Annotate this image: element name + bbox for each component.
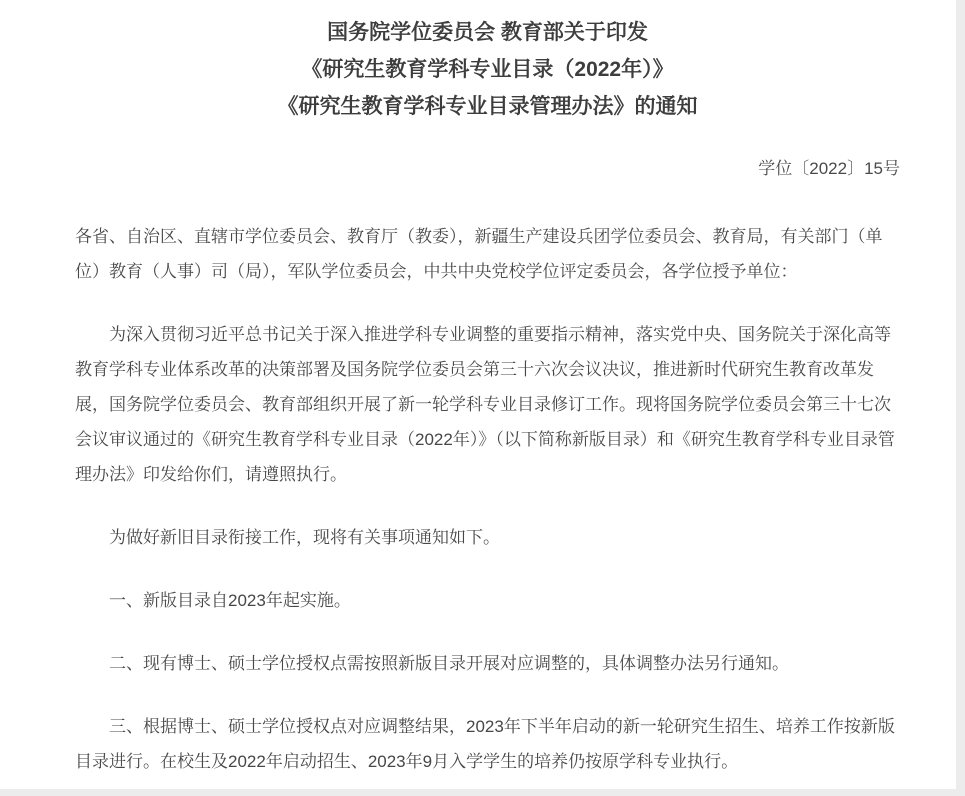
document-title: 国务院学位委员会 教育部关于印发 《研究生教育学科专业目录（2022年）》 《研… (75, 14, 900, 125)
document-body: 各省、自治区、直辖市学位委员会、教育厅（教委），新疆生产建设兵团学位委员会、教育… (75, 219, 900, 779)
title-line-1: 国务院学位委员会 教育部关于印发 (75, 14, 900, 51)
paragraph: 三、根据博士、硕士学位授权点对应调整结果，2023年下半年启动的新一轮研究生招生… (75, 709, 900, 779)
paragraph: 为深入贯彻习近平总书记关于深入推进学科专业调整的重要指示精神，落实党中央、国务院… (75, 317, 900, 492)
document-number: 学位〔2022〕15号 (75, 157, 900, 181)
title-line-2: 《研究生教育学科专业目录（2022年）》 (75, 51, 900, 88)
browser-viewport: 国务院学位委员会 教育部关于印发 《研究生教育学科专业目录（2022年）》 《研… (0, 0, 965, 796)
paragraph: 各省、自治区、直辖市学位委员会、教育厅（教委），新疆生产建设兵团学位委员会、教育… (75, 219, 900, 289)
paragraph: 一、新版目录自2023年起实施。 (75, 583, 900, 618)
document-page: 国务院学位委员会 教育部关于印发 《研究生教育学科专业目录（2022年）》 《研… (0, 0, 956, 789)
title-line-3: 《研究生教育学科专业目录管理办法》的通知 (75, 88, 900, 125)
paragraph: 为做好新旧目录衔接工作，现将有关事项通知如下。 (75, 520, 900, 555)
paragraph: 二、现有博士、硕士学位授权点需按照新版目录开展对应调整的，具体调整办法另行通知。 (75, 646, 900, 681)
